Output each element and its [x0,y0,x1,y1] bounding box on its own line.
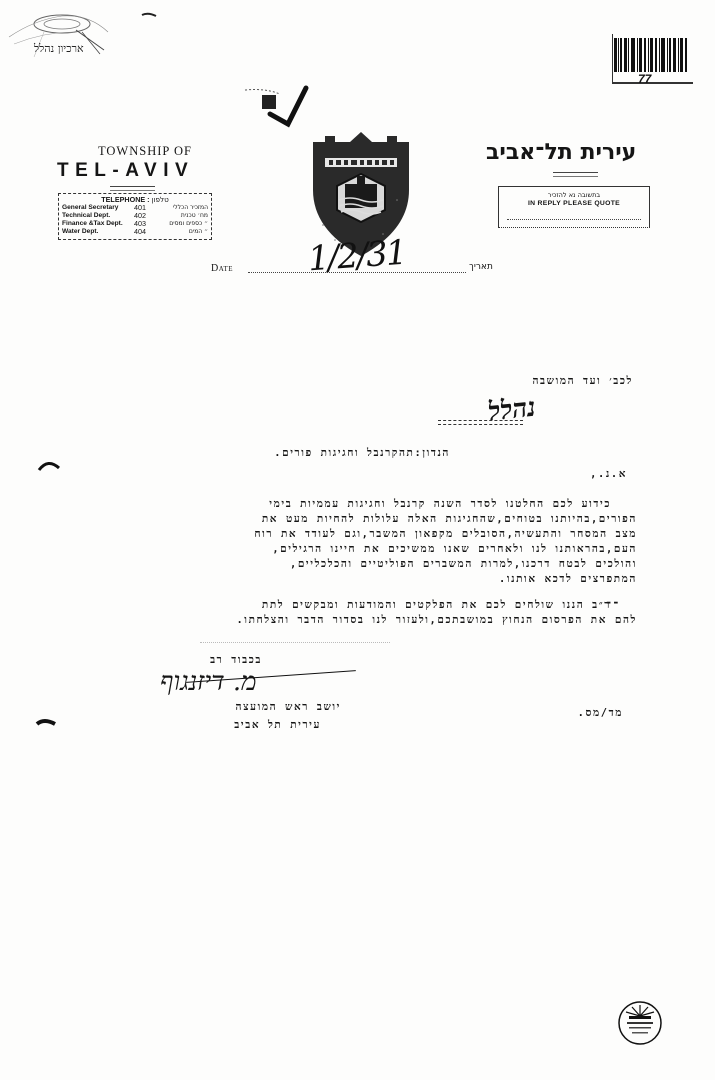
pen-mark-icon [140,10,160,20]
reference-code: מד/מס. [578,707,623,719]
telephone-box: TELEPHONE : טלפון General Secretary 401 … [58,193,212,240]
barcode-icon [614,38,690,72]
pen-mark-icon [36,458,62,472]
divider [110,186,155,191]
body-paragraph: ר״ב הננו שולחים לכם את הפלקטים והמודעות … [236,598,637,628]
signature-handwritten: מ. דיזנגוף [160,667,257,697]
barcode: 77 [606,28,696,84]
subject-line: הנדון:תהקרנבל וחגיגות פורים. [274,447,450,459]
barcode-number: 77 [638,72,651,86]
archive-stamp: ארכיון נהלל [4,2,112,62]
township-of-heading: TOWNSHIP OF [98,144,192,159]
pen-mark-icon [240,80,310,130]
tel-aviv-hebrew-title: עירית תל־אביב [486,140,636,165]
pen-mark-icon [34,716,58,730]
reply-quote-box: בתשובה נא להזכיר IN REPLY PLEASE QUOTE [498,186,650,228]
jnf-seal-icon [617,1000,663,1046]
signer-title: יושב ראש המועצה [236,701,342,713]
addressee-underline [438,420,523,425]
faint-text-residue [200,642,390,643]
body-paragraph: כידוע לכם החלטנו לסדר השנה קרנבל וחגיגות… [254,497,637,587]
reply-dotted-line [507,219,641,220]
addressee: לכב׳ ועד המושבה [532,375,633,387]
date-value: 1/2/31 [307,233,407,280]
date-label-hebrew: תאריך [469,262,493,272]
margin-mark: -- [605,595,619,609]
tel-aviv-english-title: TEL-AVIV [57,160,194,182]
archive-label: ארכיון נהלל [34,42,84,55]
signer-organization: עירית תל אביב [234,719,321,731]
telephone-row: Water Dept. 404 ״ המים [59,228,211,236]
divider [553,172,598,177]
date-label: Date [211,263,233,274]
salutation: א.נ., [590,468,627,480]
closing: בכבוד רב [210,654,262,666]
